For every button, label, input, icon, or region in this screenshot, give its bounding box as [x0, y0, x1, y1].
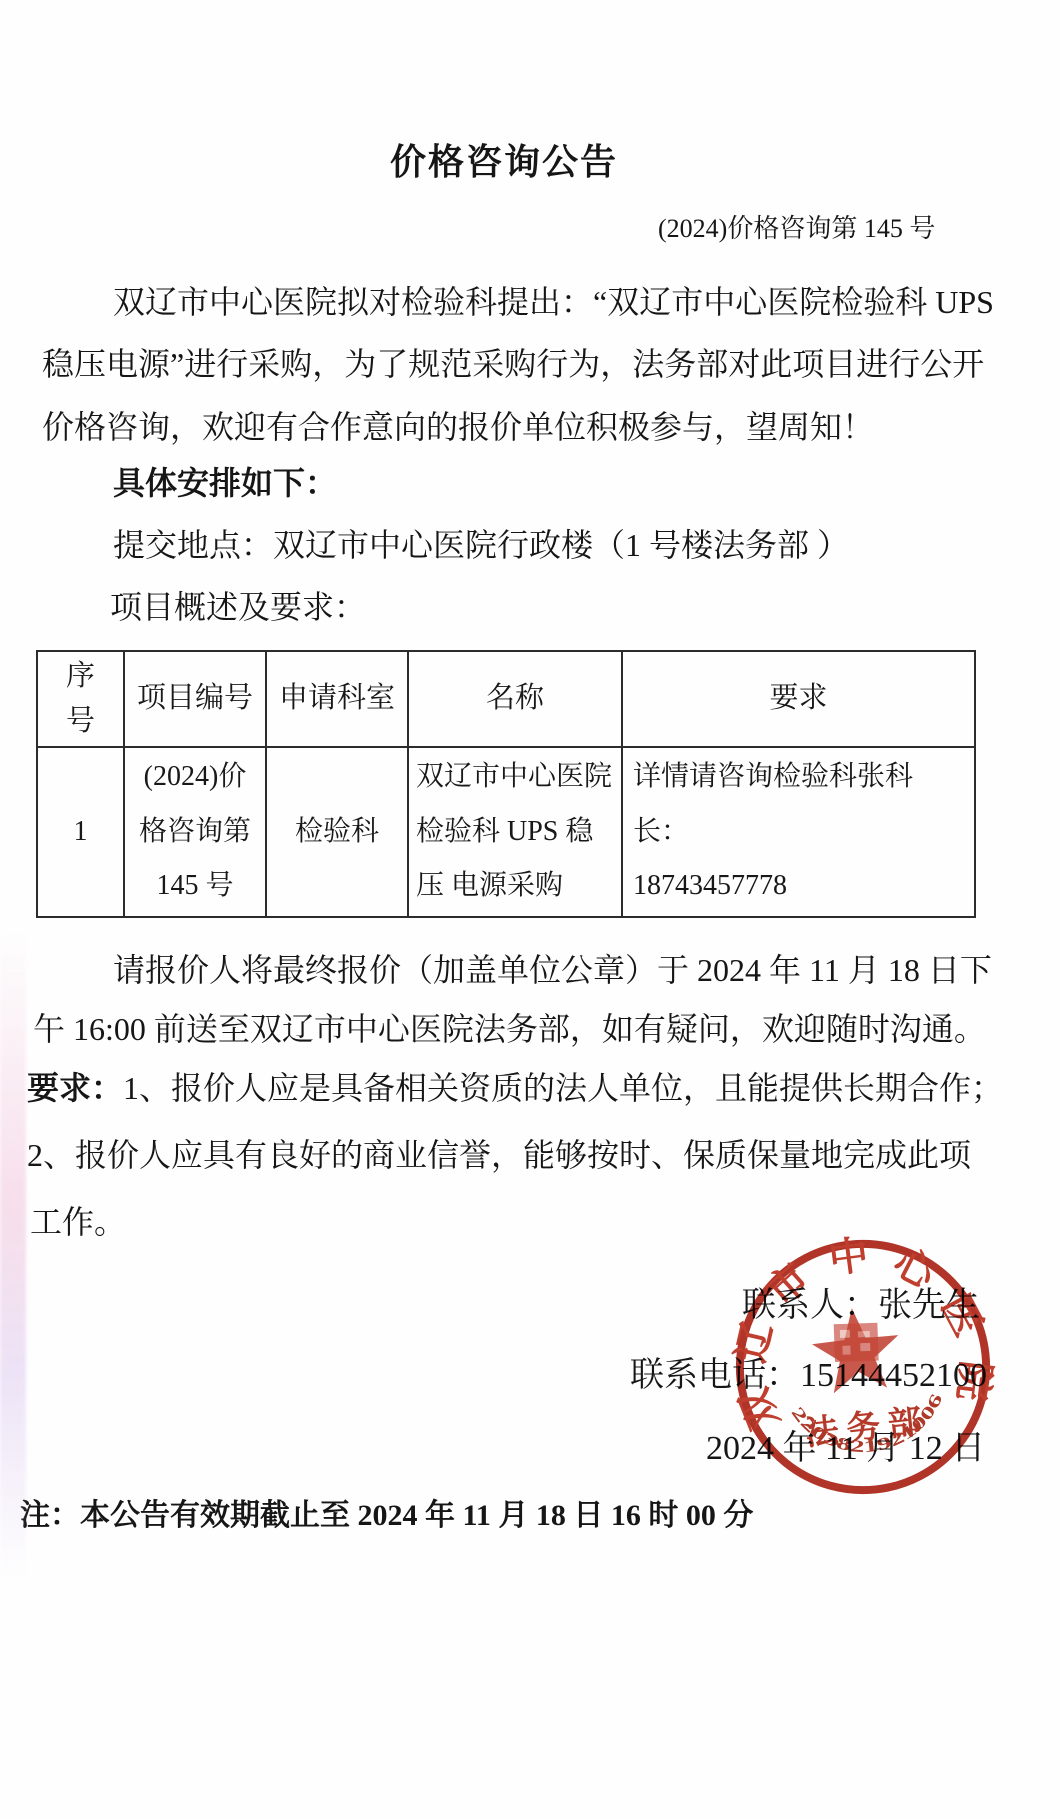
schedule-heading: 具体安排如下：: [113, 464, 337, 502]
cell-name-text: 双辽市中心医院 检验科 UPS 稳压 电源采购: [416, 750, 614, 914]
col-header-no-label: 序号: [64, 654, 98, 744]
col-header-no: 序号: [37, 651, 124, 747]
cell-project-no: (2024)价格咨询第 145 号: [124, 747, 266, 917]
closing-line-2: 午 16:00 前送至双辽市中心医院法务部，如有疑问，欢迎随时沟通。: [33, 1010, 986, 1048]
submit-location: 提交地点：双辽市中心医院行政楼（1 号楼法务部 ）: [113, 526, 849, 564]
body-line-2: 稳压电源”进行采购，为了规范采购行为，法务部对此项目进行公开: [42, 345, 984, 383]
closing-line-1: 请报价人将最终报价（加盖单位公章）于 2024 年 11 月 18 日下: [113, 951, 992, 989]
col-header-requirement: 要求: [622, 651, 975, 747]
cell-requirement-line2: 18743457778: [633, 859, 968, 914]
closing-line-3-rest: 1、报价人应是具备相关资质的法人单位，且能提供长期合作；: [123, 1070, 1003, 1106]
closing-line-3: 要求：1、报价人应是具备相关资质的法人单位，且能提供长期合作；: [27, 1069, 1003, 1107]
closing-line-5: 工作。: [30, 1203, 126, 1241]
overview-heading: 项目概述及要求：: [110, 588, 366, 626]
col-header-dept: 申请科室: [266, 651, 408, 747]
document-title: 价格咨询公告: [390, 141, 618, 184]
cell-requirement: 详情请咨询检验科张科长： 18743457778: [622, 747, 975, 917]
doc-number: (2024)价格咨询第 145 号: [658, 213, 935, 244]
cell-project-no-text: (2024)价格咨询第 145 号: [131, 750, 259, 914]
closing-line-4: 2、报价人应具有良好的商业信誉，能够按时、保质保量地完成此项: [27, 1136, 971, 1174]
document-page: 价格咨询公告 (2024)价格咨询第 145 号 双辽市中心医院拟对检验科提出：…: [0, 0, 1060, 1819]
col-header-project-no: 项目编号: [124, 651, 266, 747]
scan-edge-artifact: [0, 930, 26, 1580]
project-table: 序号 项目编号 申请科室 名称 要求 1 (2024)价格咨询第 145 号 检…: [36, 650, 976, 918]
seal-mini-stamp: [834, 1323, 879, 1362]
body-line-3: 价格咨询，欢迎有合作意向的报价单位积极参与，望周知！: [42, 408, 874, 446]
cell-no: 1: [37, 747, 124, 917]
table-row: 1 (2024)价格咨询第 145 号 检验科 双辽市中心医院 检验科 UPS …: [37, 747, 975, 917]
cell-dept: 检验科: [266, 747, 408, 917]
validity-note: 注：本公告有效期截止至 2024 年 11 月 18 日 16 时 00 分: [20, 1498, 753, 1534]
col-header-name: 名称: [408, 651, 622, 747]
official-seal: 双辽市中心医院 法务部 2203821921006: [710, 1214, 1016, 1520]
cell-name: 双辽市中心医院 检验科 UPS 稳压 电源采购: [408, 747, 622, 917]
requirement-prefix: 要求：: [27, 1070, 123, 1106]
body-line-1: 双辽市中心医院拟对检验科提出：“双辽市中心医院检验科 UPS: [113, 283, 994, 321]
cell-requirement-line1: 详情请咨询检验科张科长：: [633, 750, 968, 859]
